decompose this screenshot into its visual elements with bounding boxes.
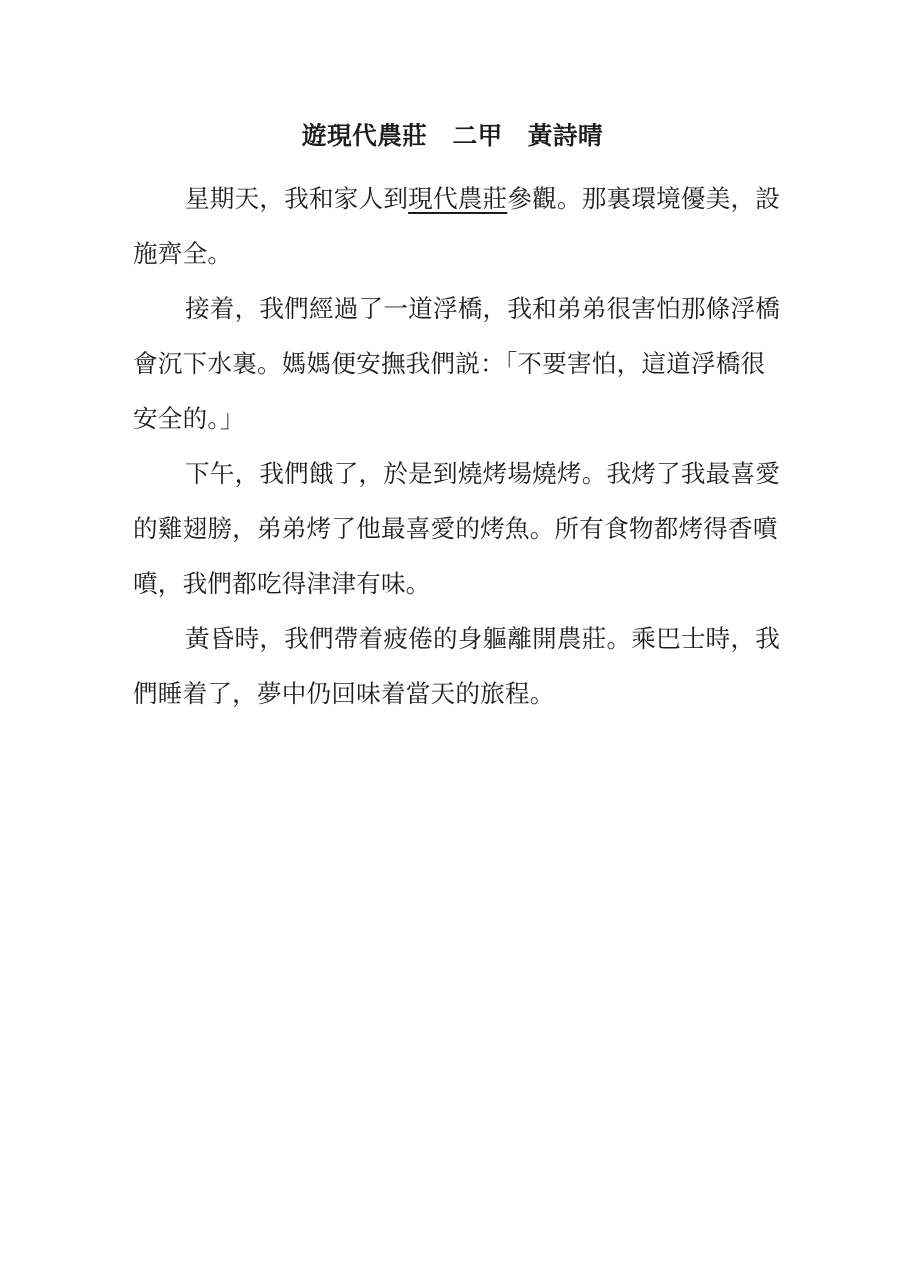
underlined-text: 現代農莊	[408, 186, 507, 213]
paragraph: 黃昏時，我們帶着疲倦的身軀離開農莊。乘巴士時，我們睡着了，夢中仍回味着當天的旅程…	[133, 612, 793, 722]
text-line: 接着，我們經過了一道浮橋，我和弟弟很害怕那條浮橋	[133, 282, 793, 337]
document-title: 遊現代農莊 二甲 黃詩晴	[0, 109, 905, 164]
text-line: 會沉下水裏。媽媽便安撫我們説：「不要害怕，這道浮橋很	[133, 337, 793, 392]
text-segment: 們睡着了，夢中仍回味着當天的旅程。	[133, 681, 555, 708]
paragraph: 下午，我們餓了，於是到燒烤場燒烤。我烤了我最喜愛的雞翅膀，弟弟烤了他最喜愛的烤魚…	[133, 447, 793, 612]
text-line: 施齊全。	[133, 227, 793, 282]
paragraph: 星期天，我和家人到現代農莊參觀。那裏環境優美，設施齊全。	[133, 172, 793, 282]
document-page: 遊現代農莊 二甲 黃詩晴 星期天，我和家人到現代農莊參觀。那裏環境優美，設施齊全…	[0, 0, 905, 1280]
text-line: 的雞翅膀，弟弟烤了他最喜愛的烤魚。所有食物都烤得香噴	[133, 502, 793, 557]
text-segment: 下午，我們餓了，於是到燒烤場燒烤。我烤了我最喜愛	[185, 461, 780, 488]
text-segment: 黃昏時，我們帶着疲倦的身軀離開農莊。乘巴士時，我	[185, 626, 780, 653]
text-segment: 星期天，我和家人到	[185, 186, 408, 213]
text-line: 噴，我們都吃得津津有味。	[133, 557, 793, 612]
text-segment: 的雞翅膀，弟弟烤了他最喜愛的烤魚。所有食物都烤得香噴	[133, 516, 778, 543]
text-line: 們睡着了，夢中仍回味着當天的旅程。	[133, 667, 793, 722]
paragraph: 接着，我們經過了一道浮橋，我和弟弟很害怕那條浮橋會沉下水裏。媽媽便安撫我們説：「…	[133, 282, 793, 447]
document-body: 星期天，我和家人到現代農莊參觀。那裏環境優美，設施齊全。接着，我們經過了一道浮橋…	[133, 172, 793, 722]
text-segment: 接着，我們經過了一道浮橋，我和弟弟很害怕那條浮橋	[185, 296, 780, 323]
text-segment: 會沉下水裏。媽媽便安撫我們説：「不要害怕，這道浮橋很	[133, 351, 765, 378]
text-segment: 安全的。」	[133, 406, 245, 433]
text-line: 星期天，我和家人到現代農莊參觀。那裏環境優美，設	[133, 172, 793, 227]
text-segment: 施齊全。	[133, 241, 232, 268]
text-line: 下午，我們餓了，於是到燒烤場燒烤。我烤了我最喜愛	[133, 447, 793, 502]
text-line: 安全的。」	[133, 392, 793, 447]
text-segment: 參觀。那裏環境優美，設	[507, 186, 780, 213]
text-line: 黃昏時，我們帶着疲倦的身軀離開農莊。乘巴士時，我	[133, 612, 793, 667]
text-segment: 噴，我們都吃得津津有味。	[133, 571, 431, 598]
